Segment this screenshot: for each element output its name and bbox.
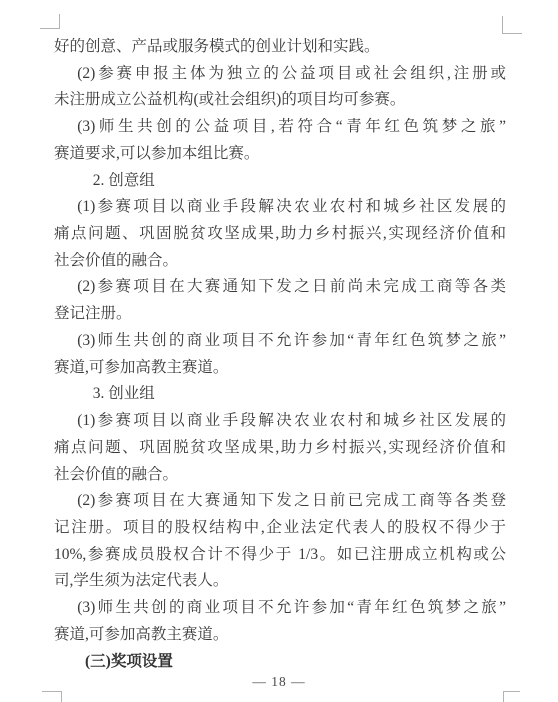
text-line: (2)参赛申报主体为独立的公益项目或社会组织,注册或 [54, 61, 506, 88]
page-number: — 18 — [0, 674, 558, 690]
text-line: (3)师生共创的商业项目不允许参加“青年红色筑梦之旅” [54, 595, 506, 622]
text-line: 赛道要求,可以参加本组比赛。 [54, 141, 506, 168]
crop-mark-bottom-left-icon [42, 691, 62, 702]
text-line: 赛道,可参加高教主赛道。 [54, 355, 506, 382]
text-line: (2)参赛项目在大赛通知下发之日前尚未完成工商等各类 [54, 274, 506, 301]
document-body: 好的创意、产品或服务模式的创业计划和实践。(2)参赛申报主体为独立的公益项目或社… [54, 34, 506, 675]
text-line: 登记注册。 [54, 301, 506, 328]
text-line: 司,学生须为法定代表人。 [54, 568, 506, 595]
text-line: 社会价值的融合。 [54, 462, 506, 489]
document-page: 好的创意、产品或服务模式的创业计划和实践。(2)参赛申报主体为独立的公益项目或社… [0, 0, 558, 702]
text-line: 社会价值的融合。 [54, 248, 506, 275]
text-line: (三)奖项设置 [54, 649, 506, 676]
text-line: (2)参赛项目在大赛通知下发之日前已完成工商等各类登 [54, 488, 506, 515]
text-line: 未注册成立公益机构(或社会组织)的项目均可参赛。 [54, 87, 506, 114]
text-line: (3)师生共创的商业项目不允许参加“青年红色筑梦之旅” [54, 328, 506, 355]
crop-mark-top-right-icon [502, 16, 522, 34]
text-line: 2. 创意组 [54, 168, 506, 195]
text-line: 痛点问题、巩固脱贫攻坚成果,助力乡村振兴,实现经济价值和 [54, 221, 506, 248]
crop-mark-top-left-icon [40, 14, 60, 29]
text-line: (1)参赛项目以商业手段解决农业农村和城乡社区发展的 [54, 194, 506, 221]
crop-mark-bottom-right-icon [503, 691, 520, 702]
text-line: 赛道,可参加高教主赛道。 [54, 622, 506, 649]
text-line: 痛点问题、巩固脱贫攻坚成果,助力乡村振兴,实现经济价值和 [54, 435, 506, 462]
text-line: (1)参赛项目以商业手段解决农业农村和城乡社区发展的 [54, 408, 506, 435]
text-line: 10%,参赛成员股权合计不得少于 1/3。如已注册成立机构或公 [54, 542, 506, 569]
text-line: 3. 创业组 [54, 381, 506, 408]
text-line: (3)师生共创的公益项目,若符合“青年红色筑梦之旅” [54, 114, 506, 141]
text-line: 好的创意、产品或服务模式的创业计划和实践。 [54, 34, 506, 61]
text-line: 记注册。项目的股权结构中,企业法定代表人的股权不得少于 [54, 515, 506, 542]
